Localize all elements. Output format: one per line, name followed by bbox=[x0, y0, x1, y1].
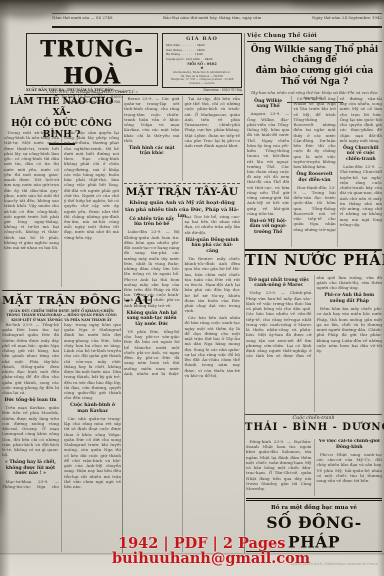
france-news-body: Trở ngại nhất trong việc canh-nông ở Mar… bbox=[246, 275, 382, 412]
world-news-section: Việc Chung Thế Giới Ông Wilkie sang Thổ … bbox=[247, 33, 382, 103]
section-title: MẶT TRẬN ĐÔNG - ÂU bbox=[2, 293, 121, 307]
article-subhead: Không quân Anh lại sang oanh-tạc miền tâ… bbox=[125, 311, 179, 328]
article-subhead: Hải-quân Đồng-minh bắn phá các hải-cảng bbox=[186, 238, 240, 255]
article-paragraph: Các bậc cầm quyền lại càng phải lấy phép… bbox=[64, 130, 119, 240]
article-subhead: « Thắng hay là chết, không được lùi một … bbox=[3, 460, 58, 477]
issue-number: Năm thứ mười sáu — Số 2748 bbox=[52, 15, 113, 20]
handwritten-annotation bbox=[84, 88, 132, 97]
scan-smudge bbox=[288, 0, 378, 8]
article-subhead: Ông Roosevelt đọc diễn-văn bbox=[294, 172, 334, 183]
watermark-line2: buihuuhanh@gmail.com bbox=[112, 551, 310, 566]
newspaper-page: Năm thứ mười sáu — Số 2748 Bảo-Đại năm t… bbox=[0, 0, 384, 576]
title-ornament-rule bbox=[295, 270, 333, 271]
masthead: TRUNG-HOÀ « GIỮ ĐỨC ÁI NHÂN, NOI THEO CH… bbox=[26, 33, 158, 86]
headline-line1: LÀM THẾ NÀO CHO XÃ- bbox=[4, 96, 119, 118]
subscription-price-box: GIÁ BÁO Một năm . . . . . . . . 5$00 Sáu… bbox=[162, 33, 242, 88]
watermark-line1: 1942 | PDF | 2 Pages bbox=[118, 536, 285, 551]
article-subhead: Đức tổng-bộ loan tin bbox=[3, 398, 58, 404]
article-paragraph: Phi-cơ Nhật sang oanh-tạc các căn-cứ của… bbox=[317, 452, 383, 483]
article-subhead: Ông Churchill nói về cuộc chiến-tranh bbox=[341, 146, 381, 163]
price-note: Téléphone : n° 533 — Chèques postaux : 2… bbox=[166, 78, 238, 81]
main-headline-line1: Ông Wilkie sang Thổ phải chăng để bbox=[247, 45, 382, 66]
article-subhead: Cuộc hành-binh ở mạn Kavkaz bbox=[65, 403, 120, 414]
masthead-bottom-rule bbox=[24, 94, 243, 95]
section-top-rule bbox=[245, 414, 382, 415]
article-paragraph: Tại Ai-cập, đôi bên vẫn giữ thế thủ, chỉ… bbox=[185, 96, 241, 148]
world-news-body: Ông Wilkie sang Thổ Angora 23-9. — Ông W… bbox=[247, 96, 382, 247]
price-row: Ba tháng . . . . . . . 1$40 bbox=[166, 52, 238, 56]
price-note: Abonnements, Rédaction & Administration … bbox=[166, 71, 238, 74]
section-title: MẶT TRẬN TÂY-ÂU bbox=[124, 186, 240, 198]
dateline: Năm thứ mười sáu — Số 2748 Bảo-Đại năm t… bbox=[52, 15, 382, 20]
ad-tagline: Bỏ ra một đồng bạc mua vé bbox=[246, 505, 382, 511]
section-kicker: Cuộc chiến-tranh bbox=[245, 416, 382, 421]
price-row: Ngoại-quốc, một năm . . 8$00 bbox=[166, 57, 238, 61]
article-paragraph: Tin Reuter: mấy chiếc khinh-tốc-đỉnh Anh… bbox=[185, 256, 241, 314]
congbinh-article-body: Trong một xã-hội, đức công-bình là nền-t… bbox=[4, 130, 119, 287]
dateline-rule-top bbox=[52, 13, 382, 14]
article-paragraph: Đông-kinh 23-9. — Đại-bản-doanh Nhật loa… bbox=[246, 439, 312, 491]
article-subhead: Trở ngại nhất trong việc canh-nông ở Mar… bbox=[247, 278, 311, 289]
star-icon: ✱ bbox=[166, 67, 238, 71]
section-deck: QUÂN ĐỨC CHIẾM THÊM ĐƯỢC MỘT Ổ KHÁNG-CHI… bbox=[2, 309, 121, 322]
dateline-rule-bottom bbox=[52, 26, 382, 28]
article-paragraph: Angora 23-9. — Ông Wilkie, đặc-phái-viên… bbox=[247, 111, 289, 216]
lunar-date: Bảo-Đại năm thứ mười bảy, tháng tám, ngà… bbox=[163, 15, 261, 20]
director-text: Directeur : NGÔ-TỬ-HẠ bbox=[203, 88, 242, 92]
price-note: Censure — Lecture bbox=[166, 82, 238, 85]
western-front-body: Có nhiều trận nẩy lửa trên bờ bể Luân-đô… bbox=[124, 214, 240, 552]
publication-schedule: XUẤT BẢN THỨ BA, THỨ NĂM VÀ THỨ BẢY Dire… bbox=[26, 88, 242, 92]
column-rule bbox=[122, 96, 123, 553]
article-subhead: Đại-sứ Mỹ hội-đàm với ngoại-trưởng Thổ bbox=[248, 219, 288, 236]
article-subhead: Phi-cơ Anh thả bom xuống đất Pháp bbox=[318, 293, 382, 304]
article-subhead: Tình hình các mặt trận khác bbox=[125, 146, 179, 157]
article-paragraph: Berne 23-9. — Các giới quân-sự trung-lập… bbox=[124, 96, 180, 143]
article-paragraph: Luân-đôn 23-9. — Thủ-tướng Churchill tuy… bbox=[340, 164, 382, 227]
price-row: Sáu tháng . . . . . . . 2$60 bbox=[166, 48, 238, 52]
front-continuation-body: Berne 23-9. — Các giới quân-sự trung-lập… bbox=[124, 96, 240, 181]
eastern-front-body: Bá-linh 23-9. — Tổng-bộ quân Đức loan ti… bbox=[2, 322, 121, 552]
section-kicker: Việc Chung Thế Giới bbox=[247, 33, 382, 42]
main-headline-line2: đảm bảo cương giới của Thổ với Nga ? bbox=[247, 66, 382, 87]
article-paragraph: Các báo bên Anh nhân đó bàn rằng cuộc oa… bbox=[185, 315, 241, 378]
article-paragraph: Trong một xã-hội, đức công-bình là nền-t… bbox=[4, 130, 59, 250]
pacific-war-body: Đông-kinh 23-9. — Đại-bản-doanh Nhật loa… bbox=[246, 439, 382, 496]
section-top-rule bbox=[245, 249, 382, 251]
article-paragraph: Trên mạn Kavkaz, quân Đức tiến về phía M… bbox=[2, 405, 59, 457]
article-paragraph: Đêm hôm kia mấy chiếc phi-cơ Anh bay vào… bbox=[317, 306, 383, 353]
section-title: THÁI - BÌNH - DƯƠNG bbox=[245, 422, 382, 433]
newspaper-title: TRUNG-HOÀ bbox=[27, 35, 157, 89]
column-rule bbox=[244, 33, 245, 553]
article-subhead: Ông Wilkie sang Thổ bbox=[248, 99, 288, 110]
article-subhead: Có nhiều trận nẩy lửa trên bờ bể bbox=[125, 217, 179, 228]
price-row: Một năm . . . . . . . . 5$00 bbox=[166, 43, 238, 47]
article-subhead: Về việc cải-tổ chính-giới Đông-kinh bbox=[318, 439, 382, 450]
section-title: TIN NƯỚC PHÁP bbox=[245, 252, 382, 269]
article-paragraph: Các nhà quân-sự trung-lập cho rằng mùa r… bbox=[64, 416, 121, 489]
price-box-title: GIÁ BÁO bbox=[166, 36, 238, 42]
article-paragraph: Bá-linh 23-9. — Tổng-bộ quân Đức loan ti… bbox=[2, 322, 59, 395]
article-paragraph: Có tin lại nói ông Wilkie sẽ qua Nga và … bbox=[293, 96, 335, 169]
eastern-front-section: MẶT TRẬN ĐÔNG - ÂU QUÂN ĐỨC CHIẾM THÊM Đ… bbox=[2, 290, 121, 322]
gregorian-date: Ngày thứ năm 24 Septembre 1942 bbox=[312, 15, 382, 20]
